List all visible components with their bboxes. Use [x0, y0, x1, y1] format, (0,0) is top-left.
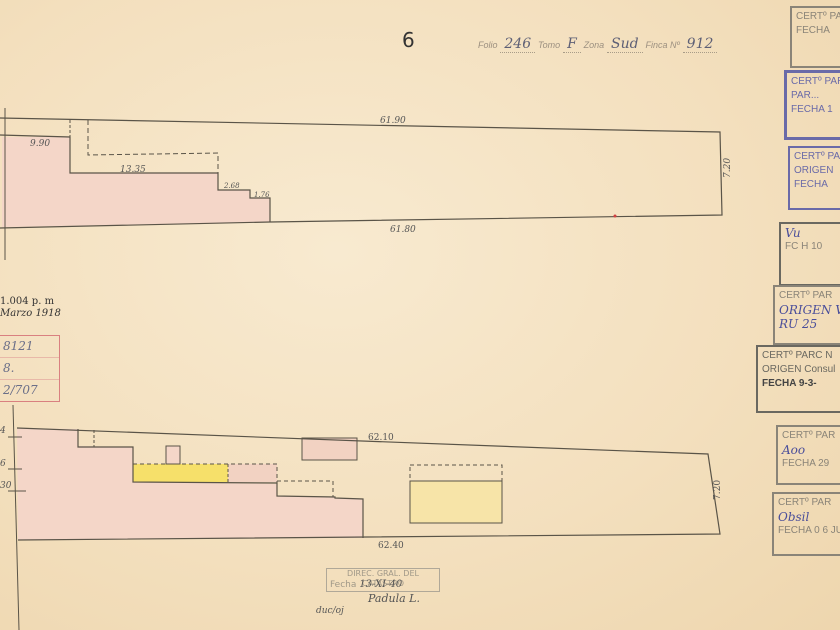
stamp-line: ORIGEN	[794, 164, 838, 178]
stamp-line: FECHA 29	[782, 457, 838, 471]
stamp-line: Aoo	[782, 443, 838, 457]
stamp-line: FC H 10	[785, 240, 837, 254]
date-note: Marzo 1918	[0, 308, 61, 319]
side-stamp-7: CERTº PAR Aoo FECHA 29	[776, 425, 840, 485]
stamp-line: RU 25	[779, 317, 837, 331]
top-plan: 9.90 13.35 2.68 1.76 61.90 61.80 7.20	[0, 108, 733, 260]
stamp-line: CERTº PA	[794, 150, 838, 164]
stamp-line: PAR...	[791, 89, 837, 103]
dim-bottom-length-bottom: 62.40	[378, 541, 404, 551]
tick-label-1: 4	[0, 426, 6, 436]
side-stamp-4: Vu FC H 10	[779, 222, 840, 286]
tick-label-3: 30	[0, 481, 12, 491]
red-registry-box: 8121 8. 2/707	[0, 335, 60, 402]
catastro-date: Fecha 13-XI-40	[330, 579, 402, 590]
side-stamp-5: CERTº PAR ORIGEN Vi RU 25	[773, 285, 840, 345]
dim-right-width-bottom: 7.20	[713, 480, 723, 500]
stamp-line: CERTº PAR	[779, 289, 837, 303]
catastro-note: duc/oj	[316, 606, 344, 616]
stamp-line: Vu	[785, 226, 837, 240]
registry-line-1: 8121	[0, 336, 59, 358]
stamp-line: FECHA	[794, 178, 838, 192]
catastro-signer: Padula L.	[368, 592, 420, 605]
stamp-line: FECHA 1	[791, 103, 837, 117]
stamp-line: CERTº PAR	[796, 10, 840, 24]
stamp-line: FECHA 0 6 JU	[778, 524, 838, 538]
catastro-date-value: 13-XI-40	[359, 579, 402, 590]
stamp-line: ORIGEN Consul	[762, 363, 838, 377]
yellow-annex	[133, 464, 228, 482]
dim-2-68: 2.68	[223, 182, 240, 190]
dim-top-length: 61.90	[380, 116, 406, 126]
tick-label-2: 6	[0, 459, 6, 469]
side-stamp-2: CERTº PAR PAR... FECHA 1	[784, 70, 840, 140]
registry-line-2: 8.	[0, 358, 59, 380]
side-stamp-1: CERTº PAR FECHA	[790, 6, 840, 68]
registry-line-3: 2/707	[0, 380, 59, 401]
stamp-line: Obsil	[778, 510, 838, 524]
side-stamp-8: CERTº PAR Obsil FECHA 0 6 JU	[772, 492, 840, 556]
stamp-line: CERTº PAR	[791, 75, 837, 89]
stamp-line: ORIGEN Vi	[779, 303, 837, 317]
time-note: 1.004 p. m	[0, 296, 54, 307]
dim-right-width: 7.20	[723, 158, 733, 178]
stamp-line: CERTº PAR	[778, 496, 838, 510]
plot-plans: 9.90 13.35 2.68 1.76 61.90 61.80 7.20 4 …	[0, 0, 840, 630]
bottom-plan: 4 6 30 62.10 62.40 7.20	[0, 405, 723, 630]
catastro-fecha-label: Fecha	[330, 580, 356, 590]
side-stamp-6: CERTº PARC N ORIGEN Consul FECHA 9-3-	[756, 345, 840, 413]
stamp-line: FECHA 9-3-	[762, 377, 838, 391]
dim-top-length-bottom: 62.10	[368, 433, 394, 443]
pale-yellow-shed	[410, 481, 502, 523]
dim-9-90: 9.90	[30, 139, 50, 149]
dim-13-35: 13.35	[120, 165, 146, 175]
side-stamp-3: CERTº PA ORIGEN FECHA	[788, 146, 840, 210]
stamp-line: CERTº PAR	[782, 429, 838, 443]
stamp-line: FECHA	[796, 24, 840, 38]
stamp-line: CERTº PARC N	[762, 349, 838, 363]
dim-1-76: 1.76	[254, 191, 270, 199]
dim-bottom-length: 61.80	[390, 225, 416, 235]
